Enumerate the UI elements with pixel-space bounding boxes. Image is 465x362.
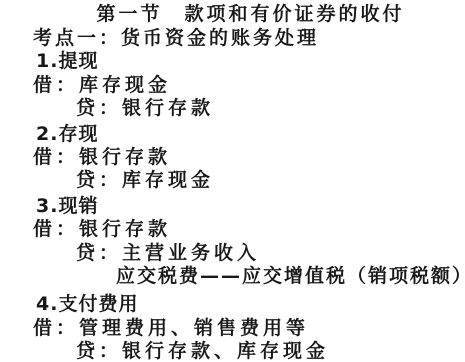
entry-heading: 4.支付费用 [36, 293, 465, 316]
journal-credit-line: 贷：银行存款 [76, 97, 465, 120]
journal-debit-line: 借：银行存款 [33, 146, 465, 169]
entry-withdraw-cash: 1.提现 借：库存现金 贷：银行存款 [0, 50, 465, 120]
journal-credit-line: 贷：库存现金 [76, 169, 465, 192]
journal-credit-line-cont: 应交税费——应交增值税（销项税额） [116, 265, 465, 288]
entry-pay-expenses: 4.支付费用 借：管理费用、销售费用等 贷：银行存款、库存现金 [0, 293, 465, 362]
journal-debit-line: 借：银行存款 [33, 218, 465, 241]
entry-heading: 1.提现 [36, 50, 465, 73]
exam-point-heading: 考点一：货币资金的账务处理 [33, 27, 465, 50]
page-title: 第一节 款项和有价证券的收付 [0, 2, 465, 27]
journal-debit-line: 借：库存现金 [33, 74, 465, 97]
journal-credit-line: 贷：银行存款、库存现金 [76, 340, 465, 362]
entry-cash-sale: 3.现销 借：银行存款 贷：主营业务收入 应交税费——应交增值税（销项税额） [0, 195, 465, 289]
entry-heading: 3.现销 [36, 195, 465, 218]
study-slide: 第一节 款项和有价证券的收付 考点一：货币资金的账务处理 1.提现 借：库存现金… [0, 0, 465, 362]
entry-deposit-cash: 2.存现 借：银行存款 贷：库存现金 [0, 123, 465, 193]
entry-heading: 2.存现 [36, 123, 465, 146]
journal-debit-line: 借：管理费用、销售费用等 [33, 317, 465, 340]
journal-credit-line: 贷：主营业务收入 [76, 242, 465, 265]
